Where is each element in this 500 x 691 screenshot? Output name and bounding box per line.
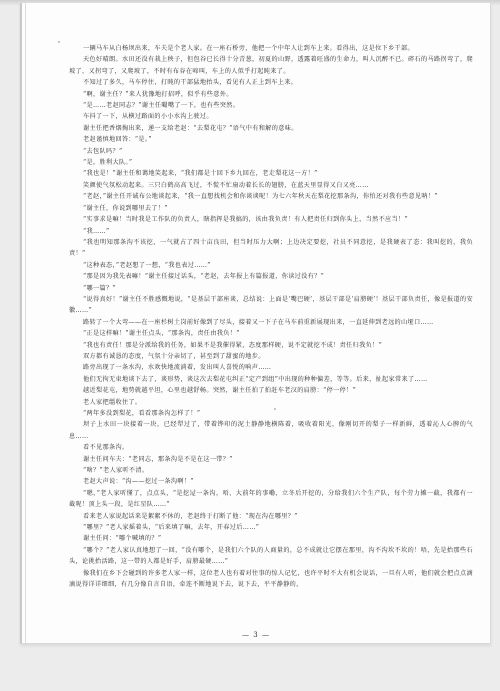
story-paragraph: 车抖了一下，从横过路面的小小水沟上驶过。: [69, 111, 473, 122]
story-paragraph: “这种表态，”老赵想了一想，“我也表过……”: [69, 260, 473, 271]
story-paragraph: 谢主任问：“哪个喊填的？”: [69, 533, 473, 544]
story-paragraph: 谢主任问车夫：“老同志，那条沟是不是在这一带？”: [69, 454, 473, 465]
story-paragraph: “啥？”老人家听不清。: [69, 465, 473, 476]
story-paragraph: 不知过了多久，马车停住，打盹的干部猛地抬头，看见有人正上到车上来。: [69, 77, 473, 88]
story-paragraph: “我……”: [69, 226, 473, 237]
document-page: 一辆马车从白杨坝出来，车夫是个老人家。在一座石桥旁，他把一个中年人让到车上来。看…: [20, 3, 491, 644]
story-paragraph: 老人家把缰收住了。: [69, 397, 473, 408]
story-paragraph: “哪一篇？”: [69, 283, 473, 294]
story-paragraph: 天色好晴朗。水田还没有栽上秧子，但包谷已长得十分青葱，初夏的山野，透露着旺盛的生…: [69, 54, 473, 77]
story-paragraph: “啊，谢主任？”来人犹豫地打招呼，似乎有些意外。: [69, 89, 473, 100]
story-paragraph: 双方都有诚恳的态度，气氛十分亲切了，甚至到了甜蜜的地步。: [69, 351, 473, 362]
story-paragraph: “哪里？”老人家摇着头，“后来填了嘛，去年，开春过后……”: [69, 522, 473, 533]
story-paragraph: “我也有责任！那是分派给我的任务，如果不是我催得紧，态度那样硬，说不定就挖不成！…: [69, 340, 473, 351]
story-paragraph: “我也明知那条沟不该挖，一气就占了四十亩良田，但当时压力大啊；上边决定要挖，社员…: [69, 237, 473, 260]
story-paragraph: “我也是！”谢主任和蔼地笑起来，“我们都是十回下乡九回在，老走梨花这一方！”: [69, 168, 473, 179]
story-paragraph: 像我们在乡下会碰到的许多老人家一样，这位老人也有着对往事的惊人记忆，也许平时不大…: [69, 568, 473, 591]
story-paragraph: 看不见那条沟。: [69, 442, 473, 453]
story-paragraph: “嗯，”老人家听懂了，点点头，“是挖过一条沟，唔，大前年的事嘞，立冬后开挖的，分…: [69, 488, 473, 511]
page-binding-edge: [25, 3, 26, 643]
story-paragraph: “实事求是嘛！当时我是工作队的负责人，瞎指挥是我搞的，该由我负责！有人把责任归到…: [69, 214, 473, 225]
story-paragraph: 谢主任把香烟掏出来，递一支给老赵：“去梨花屯？”语气中有和解的意味。: [69, 123, 473, 134]
story-paragraph: 老赵大声说：“沟——挖过一条沟啊！”: [69, 476, 473, 487]
story-paragraph: 坝子上水田一块接着一块，已经犁过了，带着铧印的泥土静静地横陈着，吸收着阳光，像刚…: [69, 419, 473, 442]
page-number: — 3 —: [22, 631, 490, 639]
story-paragraph: “两年多没到梨花，看看那条沟怎样了！”: [69, 408, 473, 419]
story-paragraph: “说得真好！”谢主任不胜感慨地说，“是基层干部座谈，总结说：上面是‘嘴巴硬’，基…: [69, 294, 473, 317]
story-paragraph: “去包队吗？”: [69, 146, 473, 157]
story-paragraph: 老赵谨慎地回答：“是。”: [69, 134, 473, 145]
story-paragraph: “是……老赵同志？”谢主任嘬嘴了一下，也有些突然。: [69, 100, 473, 111]
story-paragraph: “哪个？”老人家认真地想了一回，“没有哪个，是我们六个队的人商量的，总不成就让它…: [69, 545, 473, 568]
story-paragraph: “那是因为我先表嘛！”谢主任接过话头，“老赵，去年报上有篇报道，你读过没有？”: [69, 271, 473, 282]
story-paragraph: 一辆马车从白杨坝出来，车夫是个老人家。在一座石桥旁，他把一个中年人让到车上来。看…: [69, 43, 473, 54]
story-paragraph: 笑颜使气氛松动起来。三只白鹤高高飞过，不慌不忙扇动着长长的翅膀，在蓝天里显得又白…: [69, 180, 473, 191]
story-paragraph: 路旁出现了一条水沟，水欢快地流淌着，发出叫人喜悦的响声……: [69, 362, 473, 373]
story-text: 一辆马车从白杨坝出来，车夫是个老人家。在一座石桥旁，他把一个中年人让到车上来。看…: [69, 43, 473, 591]
story-paragraph: 看来老人家说起话来是絮絮不休的，老赵终于打断了他：“现在沟在哪里？”: [69, 511, 473, 522]
story-paragraph: 越近梨花屯，地势就越平坦，心里也越舒畅。突然，谢主任拍了拍赶车老汉的肩膀：“停一…: [69, 385, 473, 396]
story-paragraph: “是，胜利大队。”: [69, 157, 473, 168]
story-paragraph: 他们无拘无束地谈下去了，谈形势，谈这次去梨花屯纠正“定产到组”中出现的种种偏差，…: [69, 374, 473, 385]
story-paragraph: “谢主任，你说到哪里去了！”: [69, 203, 473, 214]
story-paragraph: “正是这样嘛！”谢主任点头，“那条沟，责任由我负！”: [69, 328, 473, 339]
scan-speck: [58, 41, 60, 43]
story-paragraph: “老赵，”谢主任开诚布公地谈起来，“我一直想找机会和你谈谈呢！为七六年秋天在梨花…: [69, 191, 473, 202]
story-paragraph: 路转了一个大弯——在一座杉树土岗前好像到了尽头，接着又一下子在马车前重新展现出来…: [69, 317, 473, 328]
